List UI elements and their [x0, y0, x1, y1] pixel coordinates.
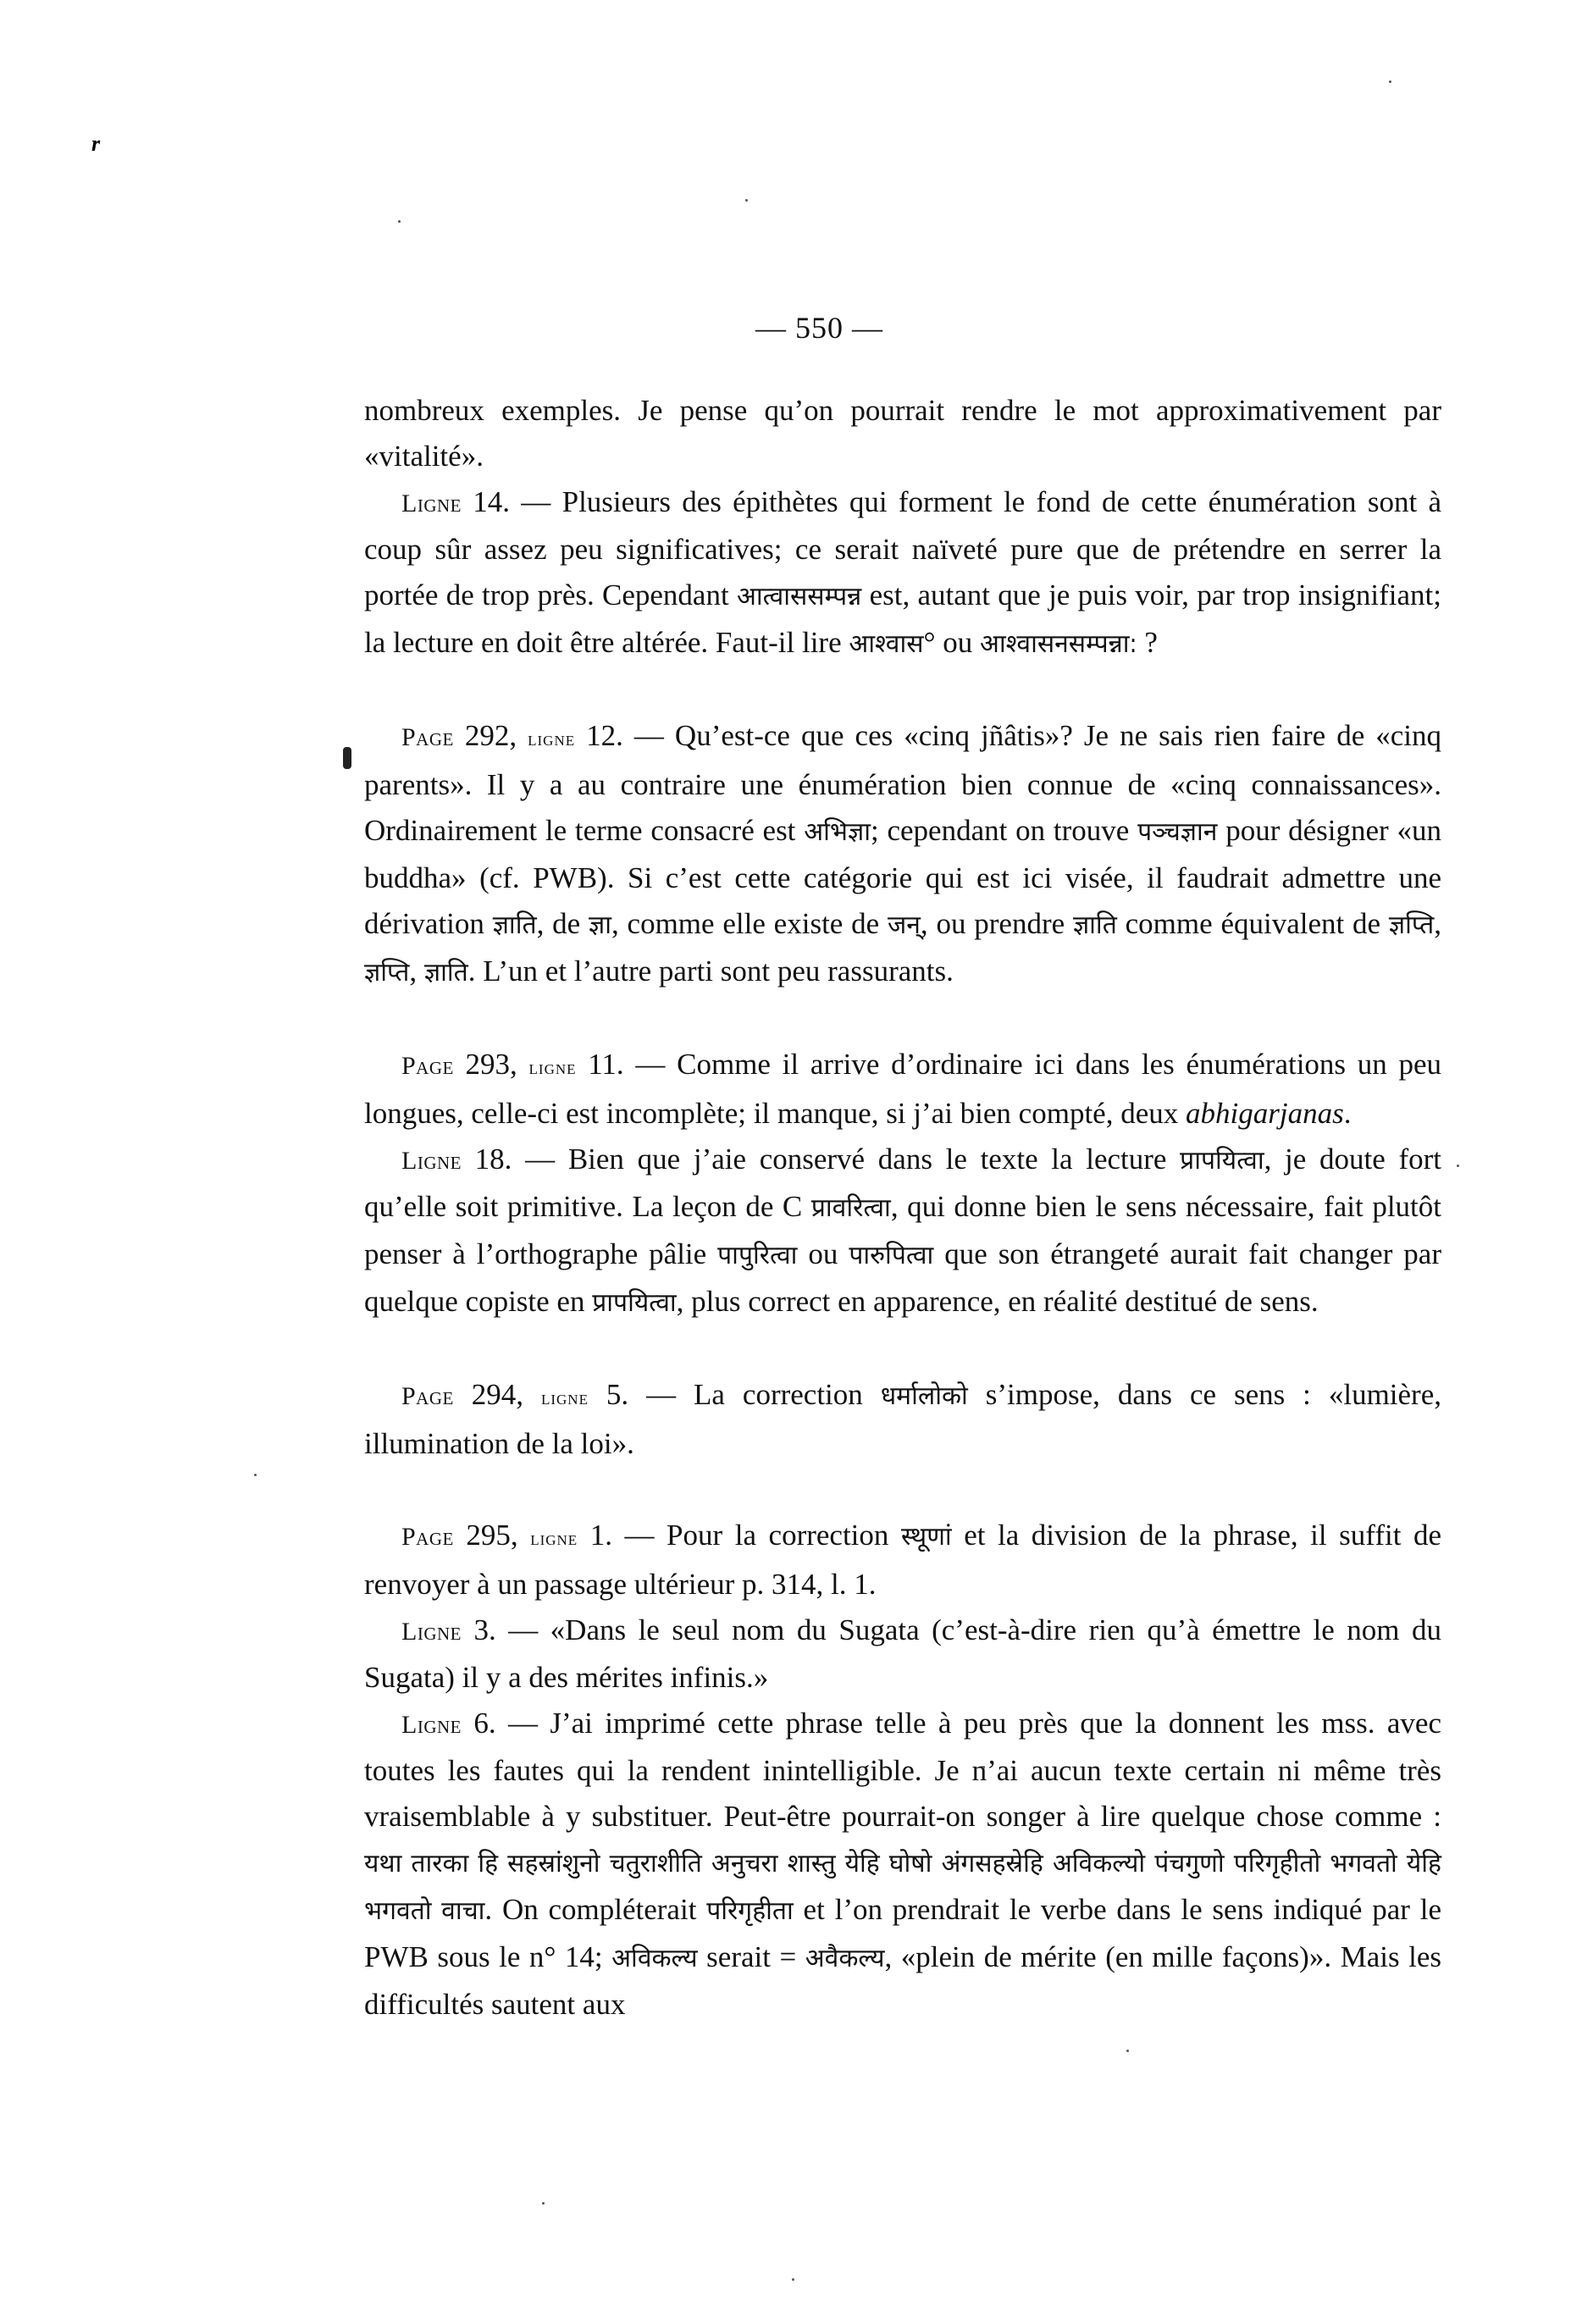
scan-speck — [1126, 2050, 1129, 2052]
scan-speck — [542, 2202, 545, 2205]
devanagari-term: ज्ञाति — [1073, 910, 1117, 940]
paragraph-p7: Ligne 3. — «Dans le seul nom du Sugata (… — [364, 1607, 1441, 1701]
text-segment: Ligne — [401, 1147, 462, 1175]
devanagari-term: धर्मालोको — [881, 1381, 968, 1411]
paragraph-p8: Ligne 6. — J’ai imprimé cette phrase tel… — [364, 1701, 1441, 2028]
devanagari-term: ज्ञप्ति — [1389, 910, 1434, 940]
scan-speck — [398, 220, 401, 223]
scan-speck — [254, 1474, 257, 1476]
paragraph-p5: Page 294, ligne 5. — La correction धर्मा… — [364, 1372, 1441, 1467]
text-segment: 6. — J’ai imprimé cette phrase telle à p… — [364, 1707, 1441, 1833]
text-segment: nombreux exemples. Je pense qu’on pourra… — [364, 394, 1441, 473]
italic-term: abhigarjanas — [1186, 1097, 1344, 1130]
devanagari-term: ज्ञाति — [424, 958, 468, 988]
text-segment: 294, — [454, 1378, 541, 1411]
text-segment: Ligne — [401, 490, 462, 517]
page-number: — 550 — — [0, 310, 1571, 346]
text-segment: serait = — [698, 1940, 805, 1973]
text-segment: 18. — Bien que j’aie conservé dans le te… — [462, 1143, 1180, 1176]
margin-ink-mark — [343, 747, 351, 769]
devanagari-term: पापुरित्वा — [717, 1241, 797, 1270]
text-segment: 295, — [454, 1519, 530, 1552]
text-segment: ? — [1137, 626, 1158, 659]
text-segment: Page — [401, 723, 454, 751]
devanagari-term: अभिज्ञा — [804, 817, 871, 847]
text-segment: ° ou — [924, 626, 981, 659]
text-segment: Ligne — [401, 1618, 462, 1646]
text-segment: , de — [537, 907, 589, 940]
scan-speck — [982, 1766, 985, 1768]
devanagari-term: पञ्चज्ञान — [1137, 817, 1217, 847]
text-segment: 3. — «Dans le seul nom du Sugata (c’est-… — [364, 1613, 1441, 1694]
text-segment: Page — [401, 1052, 454, 1080]
corner-mark: r — [91, 131, 100, 157]
text-segment: , comme elle existe de — [611, 907, 888, 940]
devanagari-term: प्रापयित्वा — [1180, 1146, 1264, 1176]
devanagari-term: ज्ञप्ति — [364, 958, 409, 988]
devanagari-term: आश्वास — [849, 629, 923, 659]
devanagari-term: अवैकल्य — [805, 1944, 885, 1973]
body-text: nombreux exemples. Je pense qu’on pourra… — [364, 388, 1441, 2028]
text-segment: Page — [401, 1382, 454, 1410]
text-segment: comme équivalent de — [1117, 907, 1389, 940]
text-segment: 5. — La correction — [589, 1378, 881, 1411]
scan-speck — [1457, 1165, 1459, 1167]
text-segment: ligne — [529, 1057, 577, 1079]
devanagari-term: जन् — [888, 910, 921, 940]
text-segment: . L’un et l’autre parti sont peu rassura… — [468, 955, 954, 988]
devanagari-term: प्रावरित्वा — [811, 1193, 891, 1223]
paragraph-p6: Page 295, ligne 1. — Pour la correction … — [364, 1513, 1441, 1607]
devanagari-term: परिगृहीता — [706, 1896, 794, 1926]
text-segment: Page — [401, 1523, 454, 1551]
text-segment: ou — [797, 1237, 849, 1270]
text-segment: ligne — [541, 1387, 589, 1409]
devanagari-term: ज्ञाति — [493, 910, 537, 940]
devanagari-term: पारुपित्वा — [849, 1241, 933, 1270]
devanagari-term: स्थूणां — [901, 1522, 952, 1552]
paragraph-p2: Page 292, ligne 12. — Qu’est-ce que ces … — [364, 713, 1441, 996]
text-segment: 293, — [454, 1048, 529, 1081]
scan-speck — [792, 2278, 794, 2281]
text-segment: ligne — [530, 1528, 578, 1550]
devanagari-term: ज्ञा — [589, 910, 611, 940]
text-segment: 1. — Pour la correction — [578, 1519, 901, 1552]
text-segment: , — [409, 955, 424, 988]
text-segment: , plus correct en apparence, en réalité … — [677, 1285, 1319, 1318]
devanagari-term: आत्वाससम्पन्न — [737, 582, 861, 611]
devanagari-term: आश्वासनसम्पन्ना: — [980, 629, 1137, 659]
devanagari-term: प्रापयित्वा — [592, 1288, 676, 1318]
paragraph-p1: Ligne 14. — Plusieurs des épithètes qui … — [364, 479, 1441, 667]
devanagari-term: अविकल्य — [611, 1944, 698, 1973]
text-segment: Ligne — [401, 1711, 462, 1739]
scan-speck — [745, 199, 748, 202]
text-segment: . — [1344, 1097, 1352, 1130]
text-segment: , ou prendre — [921, 907, 1073, 940]
paragraph-p0: nombreux exemples. Je pense qu’on pourra… — [364, 388, 1441, 479]
text-segment: ligne — [528, 728, 575, 750]
text-segment: 292, — [454, 719, 528, 752]
text-segment: . On compléterait — [484, 1893, 706, 1926]
text-segment: ; cependant on trouve — [871, 814, 1137, 847]
paragraph-p3: Page 293, ligne 11. — Comme il arrive d’… — [364, 1042, 1441, 1137]
text-segment: , — [1434, 907, 1441, 940]
scan-speck — [1389, 80, 1391, 83]
paragraph-p4: Ligne 18. — Bien que j’aie conservé dans… — [364, 1137, 1441, 1326]
